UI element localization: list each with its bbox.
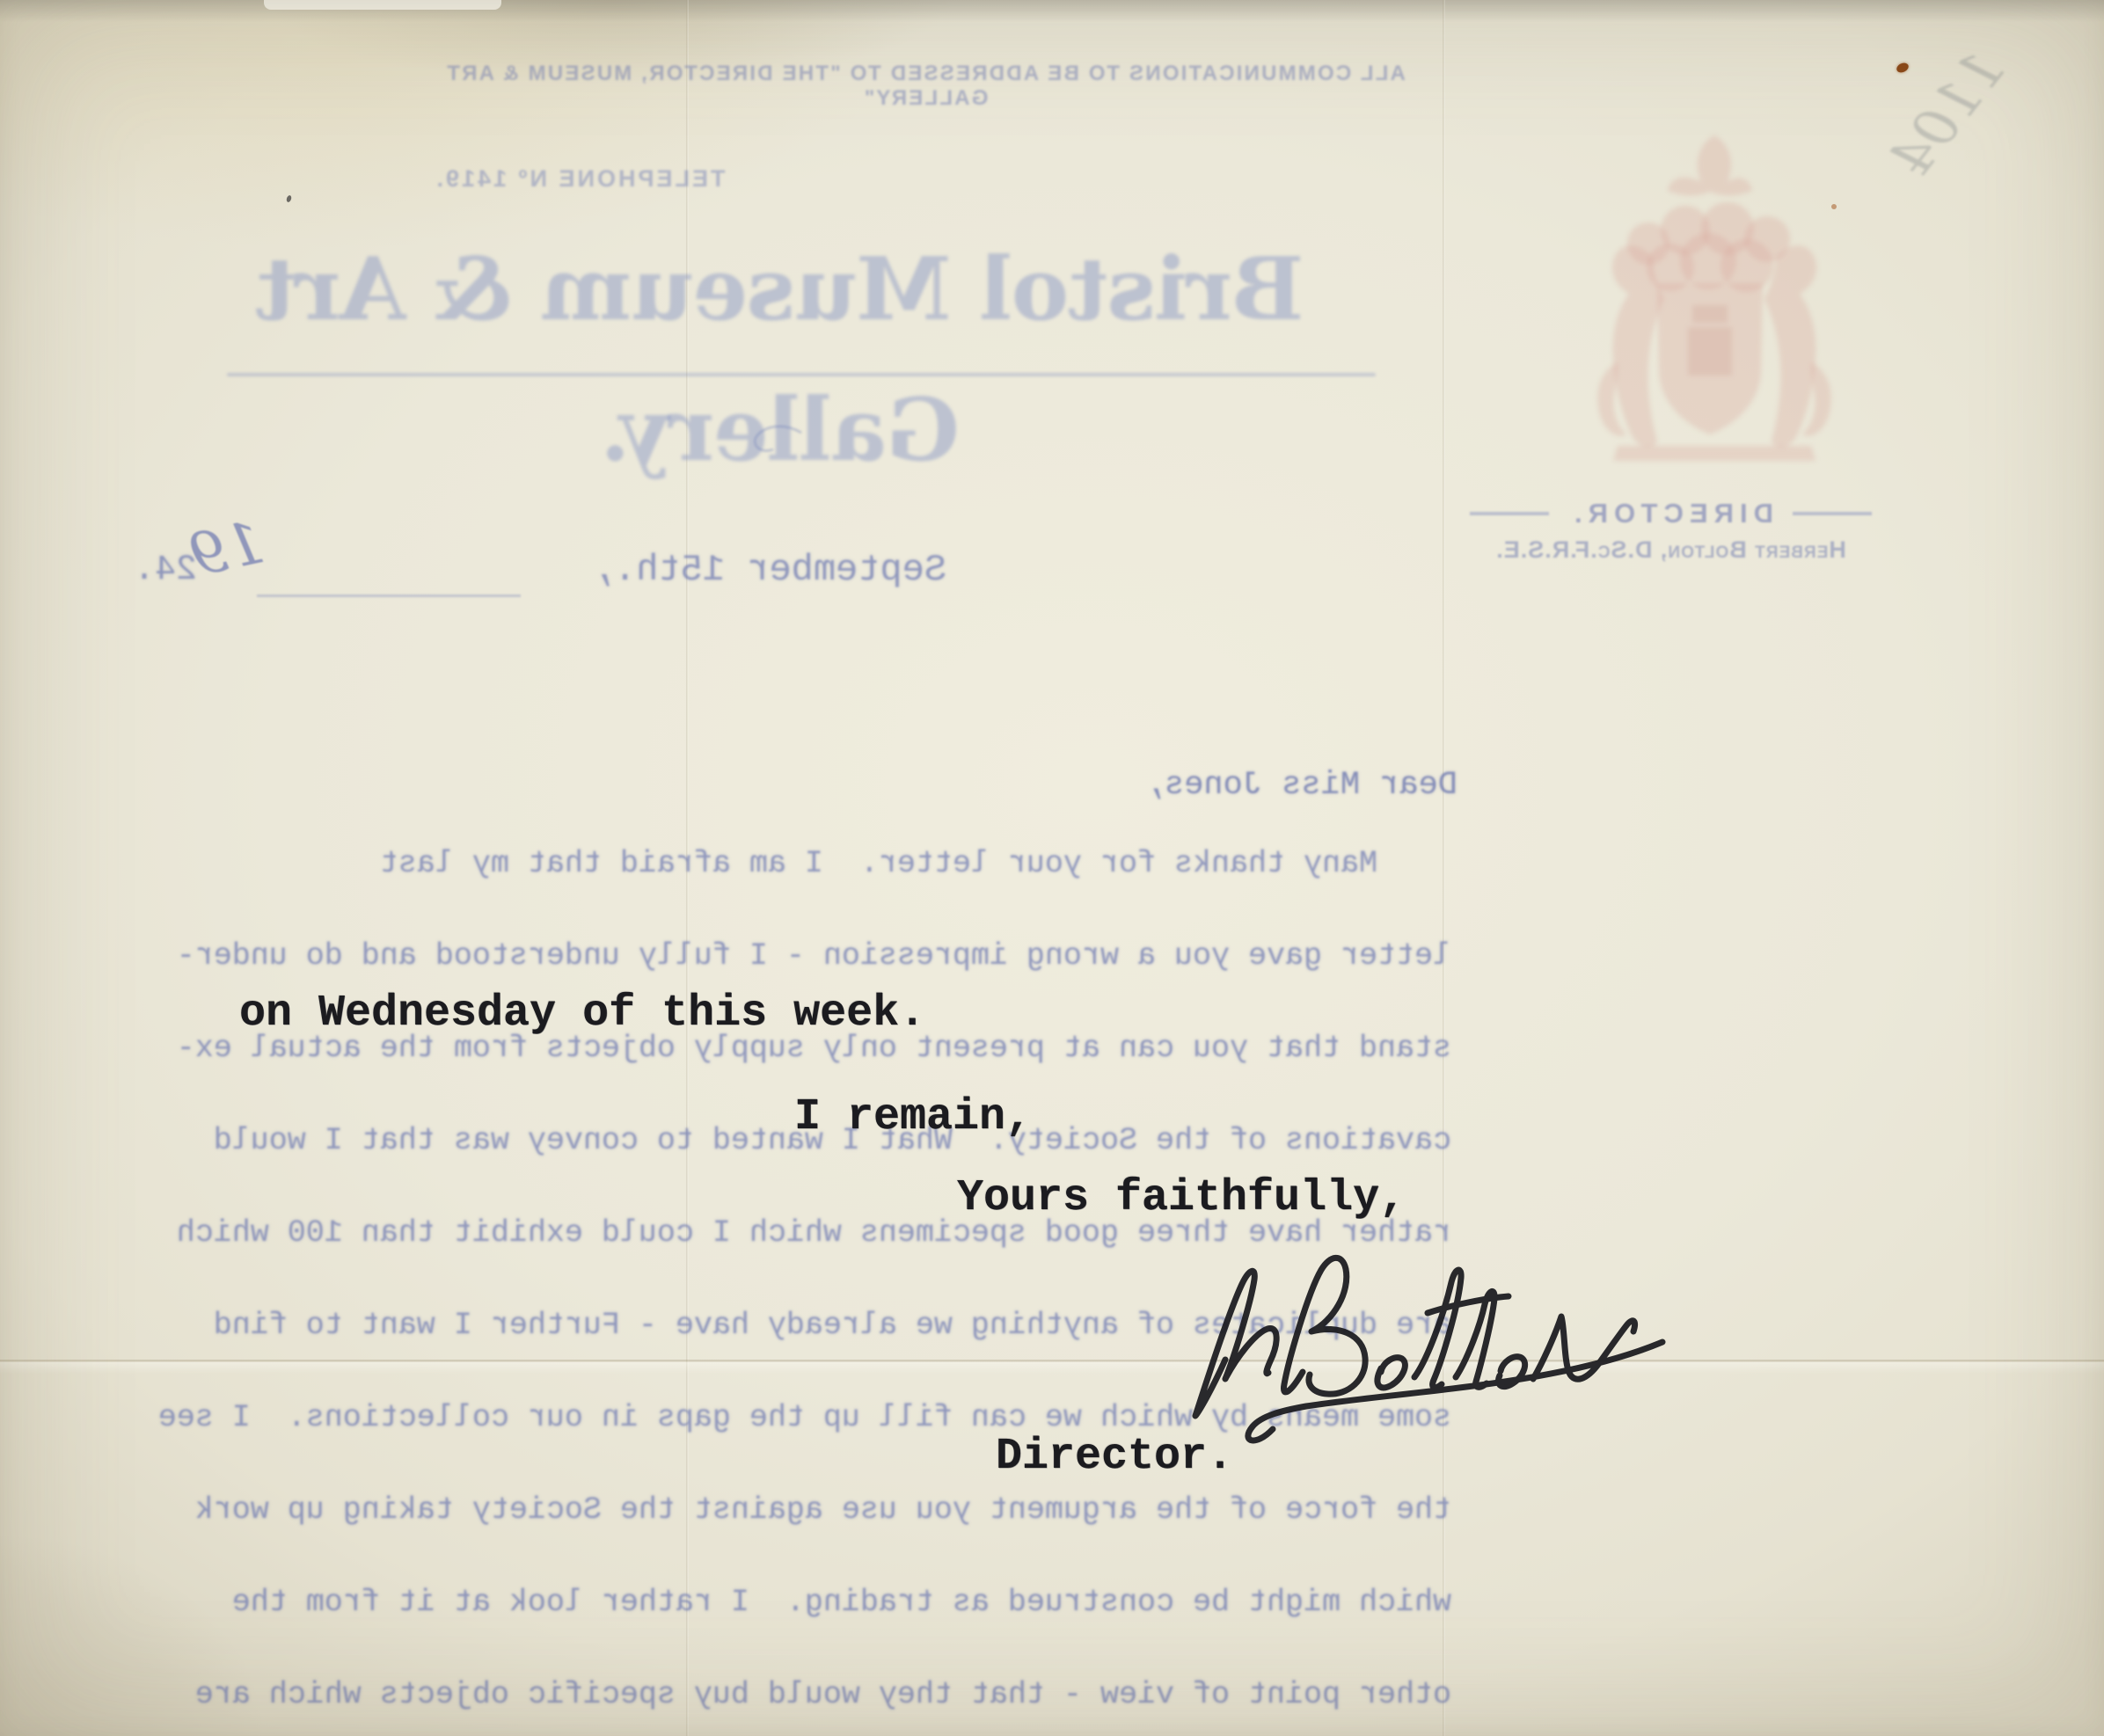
letterhead-telephone-line: TELEPHONE Nº 1419.	[399, 165, 760, 193]
typed-line-wednesday: on Wednesday of this week.	[239, 988, 925, 1039]
fold-crease-vertical-left	[686, 0, 689, 1736]
paper-edge-chip	[264, 0, 501, 10]
foxing-spot	[1896, 62, 1910, 75]
archival-number-pencil: 1104	[1878, 0, 2104, 243]
typed-closing-yours-faithfully: Yours faithfully,	[957, 1173, 1406, 1223]
director-signature	[1148, 1229, 1711, 1449]
dateline-typed-date: September 15th.,	[592, 549, 946, 591]
letterhead-organisation-title: Bristol Museum & Art Gallery.	[191, 220, 1370, 501]
letterhead-communications-line: ALL COMMUNICATIONS TO BE ADDRESSED TO "T…	[424, 62, 1427, 111]
director-name: Herbert Bolton, D.Sc.F.R.S.E.	[1444, 536, 1897, 564]
foxing-spot	[1831, 204, 1837, 209]
letter-salutation: Dear Miss Jones,	[1145, 767, 1457, 804]
dateline-rule	[257, 594, 521, 597]
typed-signer-title: Director.	[996, 1432, 1233, 1482]
rule-dash	[1793, 512, 1872, 515]
letterhead-director-block: DIRECTOR.	[1457, 498, 1884, 529]
ink-speck	[286, 194, 292, 202]
archival-number-text: 1104	[1878, 38, 2018, 191]
letterhead-flourish	[743, 420, 807, 459]
director-label: DIRECTOR.	[1568, 498, 1773, 529]
dateline-year-typed: 24.	[134, 551, 197, 590]
typed-closing-i-remain: I remain,	[794, 1092, 1032, 1142]
fold-crease-vertical-right	[1443, 0, 1445, 1736]
rule-dash	[1470, 512, 1549, 515]
scanned-letter-page: ALL COMMUNICATIONS TO BE ADDRESSED TO "T…	[0, 0, 2104, 1736]
fold-crease-horizontal	[0, 1360, 2104, 1374]
letterhead-title-underline	[227, 373, 1376, 376]
dateline-year-handwritten: 19	[184, 508, 270, 590]
coat-of-arms-crest-icon	[1569, 98, 1859, 481]
